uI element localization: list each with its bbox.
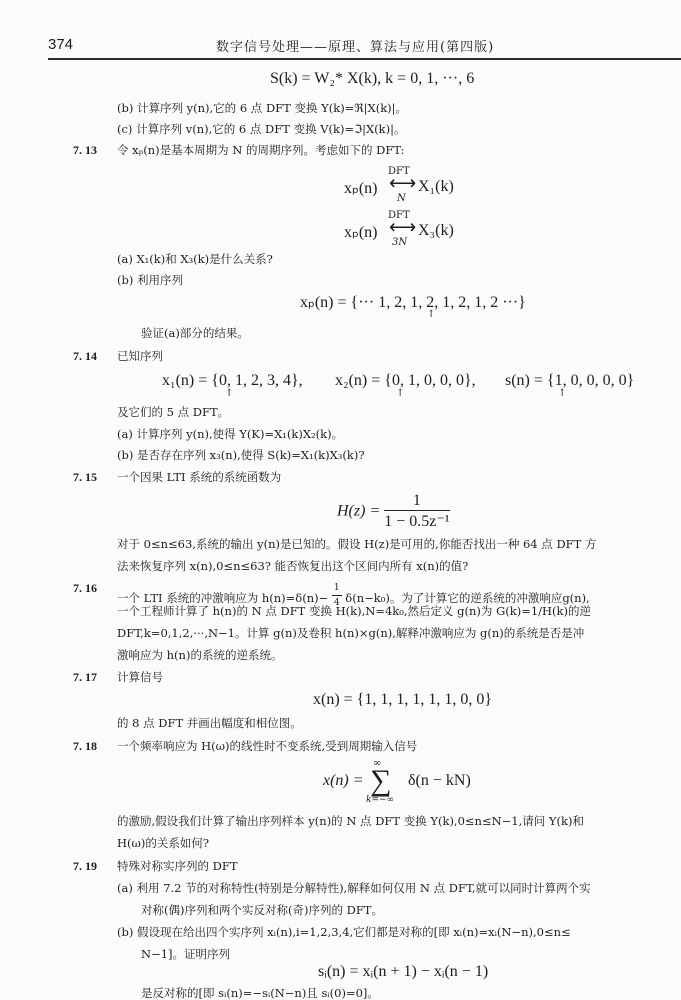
problem-text: 计算信号	[117, 670, 163, 684]
origin-marker-icon: ↑	[427, 309, 435, 320]
problem-number-7-18: 7. 18	[73, 739, 97, 754]
origin-marker-icon: ↑	[396, 388, 404, 399]
equation-left: x(n) =	[323, 772, 364, 790]
problem-number-7-16: 7. 16	[73, 581, 97, 596]
problem-text: 法来恢复序列 x(n),0≤n≤63? 能否恢复出这个区间内所有 x(n)的值?	[117, 559, 468, 573]
equation-s: s(n) = {1, 0, 0, 0, 0}	[505, 372, 634, 390]
problem-text: 令 xₚ(n)是基本周期为 N 的周期序列。考虑如下的 DFT:	[117, 143, 404, 157]
equation-x2: x₂(n) = {0, 1, 0, 0, 0},	[335, 372, 476, 390]
problem-part-a: (a) X₁(k)和 X₃(k)是什么关系?	[117, 252, 273, 266]
problem-part-c: (c) 计算序列 v(n),它的 6 点 DFT 变换 V(k)=ℑ|X(k)|…	[117, 122, 406, 136]
problem-part-a: (a) 计算序列 y(n),使得 Y(K)=X₁(k)X₂(k)。	[117, 427, 343, 441]
problem-text: 对于 0≤n≤63,系统的输出 y(n)是已知的。假设 H(z)是可用的,你能否…	[117, 537, 596, 551]
problem-text: 一个工程师计算了 h(n)的 N 点 DFT 变换 H(k),N=4k₀,然后定…	[117, 604, 591, 618]
arrow-label-top: DFT	[388, 210, 410, 221]
sum-lower-limit: k=−∞	[366, 795, 394, 805]
problem-number-7-15: 7. 15	[73, 470, 97, 485]
problem-text: 对称(偶)序列和两个实反对称(奇)序列的 DFT。	[141, 903, 383, 917]
equation-left: xₚ(n)	[344, 178, 378, 198]
problem-part-a: (a) 利用 7.2 节的对称特性(特别是分解特性),解释如何仅用 N 点 DF…	[117, 881, 591, 895]
problem-number-7-19: 7. 19	[73, 859, 97, 874]
problem-part-b: (b) 利用序列	[117, 273, 183, 287]
denominator: 1 − 0.5z⁻¹	[384, 511, 449, 531]
origin-marker-icon: ↑	[225, 388, 233, 399]
equation-s-i: sᵢ(n) = xᵢ(n + 1) − xᵢ(n − 1)	[318, 963, 488, 981]
arrow-label-top: DFT	[388, 166, 410, 177]
text-segment: δ(n−k₀)。为了计算它的逆系统的冲激响应g(n),	[345, 591, 589, 605]
equation-h-z: H(z) = 1 1 − 0.5z⁻¹	[337, 492, 450, 531]
running-title: 数字信号处理——原理、算法与应用(第四版)	[216, 36, 494, 55]
equation-left: xₚ(n)	[344, 222, 378, 242]
problem-text: H(ω)的关系如何?	[117, 836, 209, 850]
text-segment: 一个 LTI 系统的冲激响应为 h(n)=δ(n)−	[117, 591, 328, 605]
page-number: 374	[48, 36, 73, 53]
equation-left: H(z) =	[337, 503, 380, 520]
equation-right: X₃(k)	[418, 222, 454, 240]
problem-part-b: (b) 计算序列 y(n),它的 6 点 DFT 变换 Y(k)=ℜ|X(k)|…	[117, 101, 407, 115]
origin-marker-icon: ↑	[558, 388, 566, 399]
problem-text: 激响应为 h(n)的系统的逆系统。	[117, 648, 282, 662]
problem-part-b: (b) 是否存在序列 x₃(n),使得 S(k)=X₁(k)X₃(k)?	[117, 448, 365, 462]
equation-periodic-sequence: xₚ(n) = {··· 1, 2, 1, 2, 1, 2, 1, 2 ···}	[300, 292, 526, 312]
summation-icon: ∑	[370, 764, 391, 798]
problem-part-b: (b) 假设现在给出四个实序列 xᵢ(n),i=1,2,3,4,它们都是对称的[…	[117, 925, 571, 939]
problem-number-7-17: 7. 17	[73, 670, 97, 685]
problem-number-7-14: 7. 14	[73, 349, 97, 364]
problem-text: 及它们的 5 点 DFT。	[117, 405, 229, 419]
equation-x-n: x(n) = {1, 1, 1, 1, 1, 1, 0, 0}	[313, 691, 492, 709]
problem-number-7-13: 7. 13	[73, 143, 97, 158]
problem-text: 一个因果 LTI 系统的系统函数为	[117, 470, 281, 484]
problem-text: 的激励,假设我们计算了输出序列样本 y(n)的 N 点 DFT 变换 Y(k),…	[117, 814, 584, 828]
numerator: 1	[332, 581, 342, 596]
equation-right: δ(n − kN)	[408, 772, 471, 790]
problem-text: 是反对称的[即 sᵢ(n)=−sᵢ(N−n)且 sᵢ(0)=0]。	[141, 986, 379, 1000]
arrow-label-bottom: N	[397, 193, 406, 204]
problem-text: DFT,k=0,1,2,···,N−1。计算 g(n)及卷积 h(n)×g(n)…	[117, 626, 584, 640]
equation-s-k: S(k) = W₂* X(k), k = 0, 1, ···, 6	[270, 70, 474, 88]
problem-text: 一个频率响应为 H(ω)的线性时不变系统,受到周期输入信号	[117, 739, 417, 753]
verify-text: 验证(a)部分的结果。	[141, 326, 249, 340]
problem-text: N−1]。证明序列	[141, 947, 230, 961]
arrow-label-bottom: 3N	[392, 237, 407, 248]
header-rule	[48, 58, 681, 60]
numerator: 1	[384, 492, 449, 511]
problem-text: 特殊对称实序列的 DFT	[117, 859, 238, 873]
fraction: 1 1 − 0.5z⁻¹	[384, 492, 449, 531]
equation-right: X₁(k)	[418, 178, 454, 196]
problem-text: 已知序列	[117, 349, 163, 363]
problem-text: 的 8 点 DFT 并画出幅度和相位图。	[117, 716, 302, 730]
